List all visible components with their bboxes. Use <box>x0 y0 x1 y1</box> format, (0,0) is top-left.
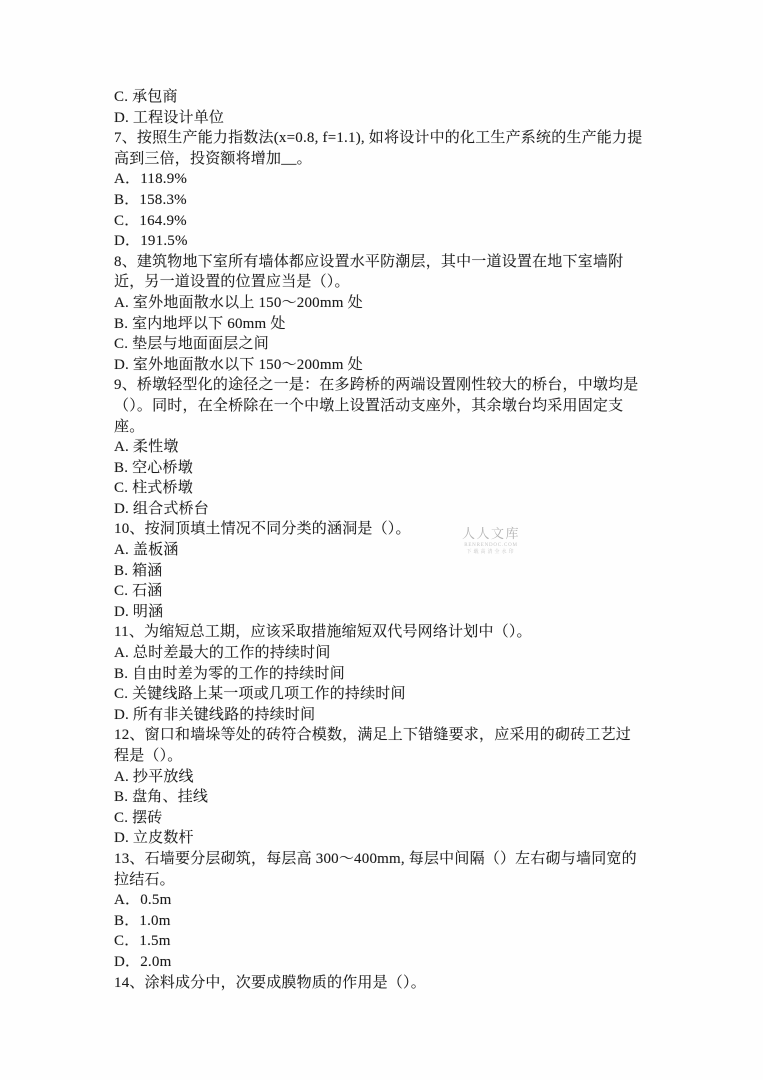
document-page: C. 承包商D. 工程设计单位7、按照生产能力指数法(x=0.8, f=1.1)… <box>0 0 763 1080</box>
text-line: B．158.3% <box>114 190 674 211</box>
text-line: 8、建筑物地下室所有墙体都应设置水平防潮层，其中一道设置在地下室墙附 <box>114 252 674 273</box>
text-line: D. 组合式桥台 <box>114 499 674 520</box>
text-line: A. 盖板涵 <box>114 540 674 561</box>
text-line: B. 箱涵 <box>114 561 674 582</box>
text-line: （）。同时，在全桥除在一个中墩上设置活动支座外，其余墩台均采用固定支 <box>114 396 674 417</box>
text-line: A. 抄平放线 <box>114 767 674 788</box>
text-line: C. 石涵 <box>114 581 674 602</box>
text-line: D. 立皮数杆 <box>114 828 674 849</box>
text-line: B. 空心桥墩 <box>114 458 674 479</box>
text-line: 9、桥墩轻型化的途径之一是：在多跨桥的两端设置刚性较大的桥台，中墩均是 <box>114 375 674 396</box>
text-line: 程是（）。 <box>114 746 674 767</box>
text-line: 近，另一道设置的位置应当是（）。 <box>114 272 674 293</box>
text-line: 拉结石。 <box>114 870 674 891</box>
question-text-block: C. 承包商D. 工程设计单位7、按照生产能力指数法(x=0.8, f=1.1)… <box>114 87 674 993</box>
text-line: D. 工程设计单位 <box>114 108 674 129</box>
text-line: D．191.5% <box>114 231 674 252</box>
text-line: A. 总时差最大的工作的持续时间 <box>114 643 674 664</box>
text-line: B. 自由时差为零的工作的持续时间 <box>114 664 674 685</box>
text-line: B. 盘角、挂线 <box>114 787 674 808</box>
text-line: 高到三倍，投资额将增加__。 <box>114 149 674 170</box>
text-line: C. 垫层与地面面层之间 <box>114 334 674 355</box>
text-line: A．0.5m <box>114 890 674 911</box>
text-line: B. 室内地坪以下 60mm 处 <box>114 314 674 335</box>
text-line: D. 室外地面散水以下 150～200mm 处 <box>114 355 674 376</box>
text-line: A．118.9% <box>114 169 674 190</box>
text-line: 10、按洞顶填土情况不同分类的涵洞是（）。 <box>114 519 674 540</box>
text-line: 座。 <box>114 417 674 438</box>
text-line: C. 承包商 <box>114 87 674 108</box>
text-line: D. 明涵 <box>114 602 674 623</box>
text-line: 13、石墙要分层砌筑，每层高 300～400mm, 每层中间隔（）左右砌与墙同宽… <box>114 849 674 870</box>
text-line: A. 柔性墩 <box>114 437 674 458</box>
text-line: C. 关键线路上某一项或几项工作的持续时间 <box>114 684 674 705</box>
text-line: 12、窗口和墙垛等处的砖符合模数，满足上下错缝要求，应采用的砌砖工艺过 <box>114 725 674 746</box>
text-line: D．2.0m <box>114 952 674 973</box>
text-line: 7、按照生产能力指数法(x=0.8, f=1.1), 如将设计中的化工生产系统的… <box>114 128 674 149</box>
text-line: C．1.5m <box>114 931 674 952</box>
text-line: C．164.9% <box>114 211 674 232</box>
text-line: B．1.0m <box>114 911 674 932</box>
text-line: 11、为缩短总工期，应该采取措施缩短双代号网络计划中（）。 <box>114 622 674 643</box>
text-line: 14、涂料成分中，次要成膜物质的作用是（）。 <box>114 973 674 994</box>
text-line: D. 所有非关键线路的持续时间 <box>114 705 674 726</box>
text-line: C. 柱式桥墩 <box>114 478 674 499</box>
text-line: C. 摆砖 <box>114 808 674 829</box>
text-line: A. 室外地面散水以上 150～200mm 处 <box>114 293 674 314</box>
